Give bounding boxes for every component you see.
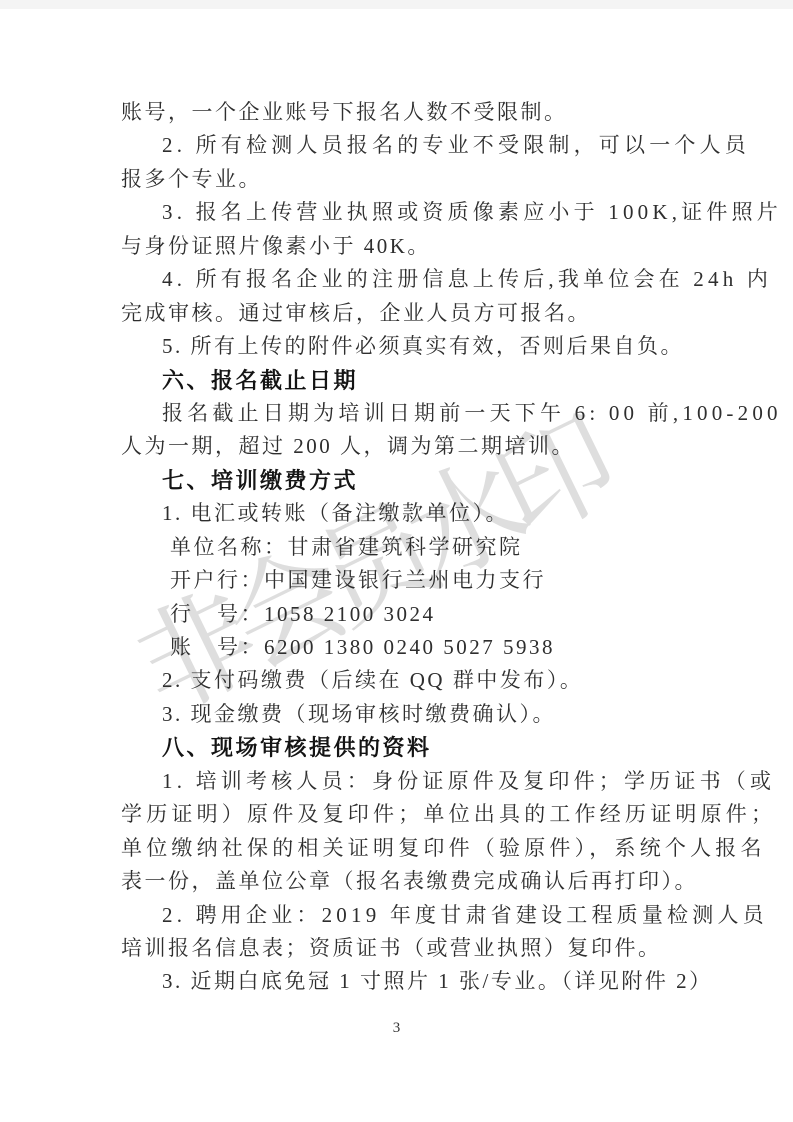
text-line: 2. 所有检测人员报名的专业不受限制，可以一个人员 <box>121 129 676 162</box>
document-content: 账号，一个企业账号下报名人数不受限制。 2. 所有检测人员报名的专业不受限制，可… <box>121 96 676 999</box>
text-line: 单位缴纳社保的相关证明复印件（验原件），系统个人报名 <box>121 832 676 865</box>
text-line: 2. 支付码缴费（后续在 QQ 群中发布）。 <box>121 664 676 697</box>
page-number: 3 <box>0 1020 793 1037</box>
bank-name-line: 单位名称：甘肃省建筑科学研究院 <box>121 531 676 564</box>
text-line: 4. 所有报名企业的注册信息上传后,我单位会在 24h 内 <box>121 263 676 296</box>
text-line: 人为一期，超过 200 人，调为第二期培训。 <box>121 430 676 463</box>
text-line: 报多个专业。 <box>121 163 676 196</box>
section-heading-7: 七、培训缴费方式 <box>121 464 676 497</box>
text-line: 报名截止日期为培训日期前一天下午 6: 00 前,100-200 <box>121 397 676 430</box>
section-heading-6: 六、报名截止日期 <box>121 364 676 397</box>
text-line: 与身份证照片像素小于 40K。 <box>121 230 676 263</box>
bank-code-line: 行 号：1058 2100 3024 <box>121 598 676 631</box>
text-line: 培训报名信息表；资质证书（或营业执照）复印件。 <box>121 932 676 965</box>
text-line: 3. 报名上传营业执照或资质像素应小于 100K,证件照片 <box>121 196 676 229</box>
document-page: 非会员水印 账号，一个企业账号下报名人数不受限制。 2. 所有检测人员报名的专业… <box>0 0 793 1122</box>
scan-edge-shadow <box>0 0 793 9</box>
text-line: 2. 聘用企业：2019 年度甘肃省建设工程质量检测人员 <box>121 899 676 932</box>
text-line: 表一份，盖单位公章（报名表缴费完成确认后再打印）。 <box>121 865 676 898</box>
text-line: 1. 培训考核人员：身份证原件及复印件；学历证书（或 <box>121 765 676 798</box>
text-line: 学历证明）原件及复印件；单位出具的工作经历证明原件； <box>121 798 676 831</box>
text-line: 3. 近期白底免冠 1 寸照片 1 张/专业。（详见附件 2） <box>121 965 676 998</box>
text-line: 1. 电汇或转账（备注缴款单位）。 <box>121 497 676 530</box>
text-line: 5. 所有上传的附件必须真实有效，否则后果自负。 <box>121 330 676 363</box>
text-line: 账号，一个企业账号下报名人数不受限制。 <box>121 96 676 129</box>
text-line: 3. 现金缴费（现场审核时缴费确认）。 <box>121 698 676 731</box>
bank-branch-line: 开户行：中国建设银行兰州电力支行 <box>121 564 676 597</box>
account-number-line: 账 号：6200 1380 0240 5027 5938 <box>121 631 676 664</box>
section-heading-8: 八、现场审核提供的资料 <box>121 731 676 764</box>
text-line: 完成审核。通过审核后，企业人员方可报名。 <box>121 297 676 330</box>
